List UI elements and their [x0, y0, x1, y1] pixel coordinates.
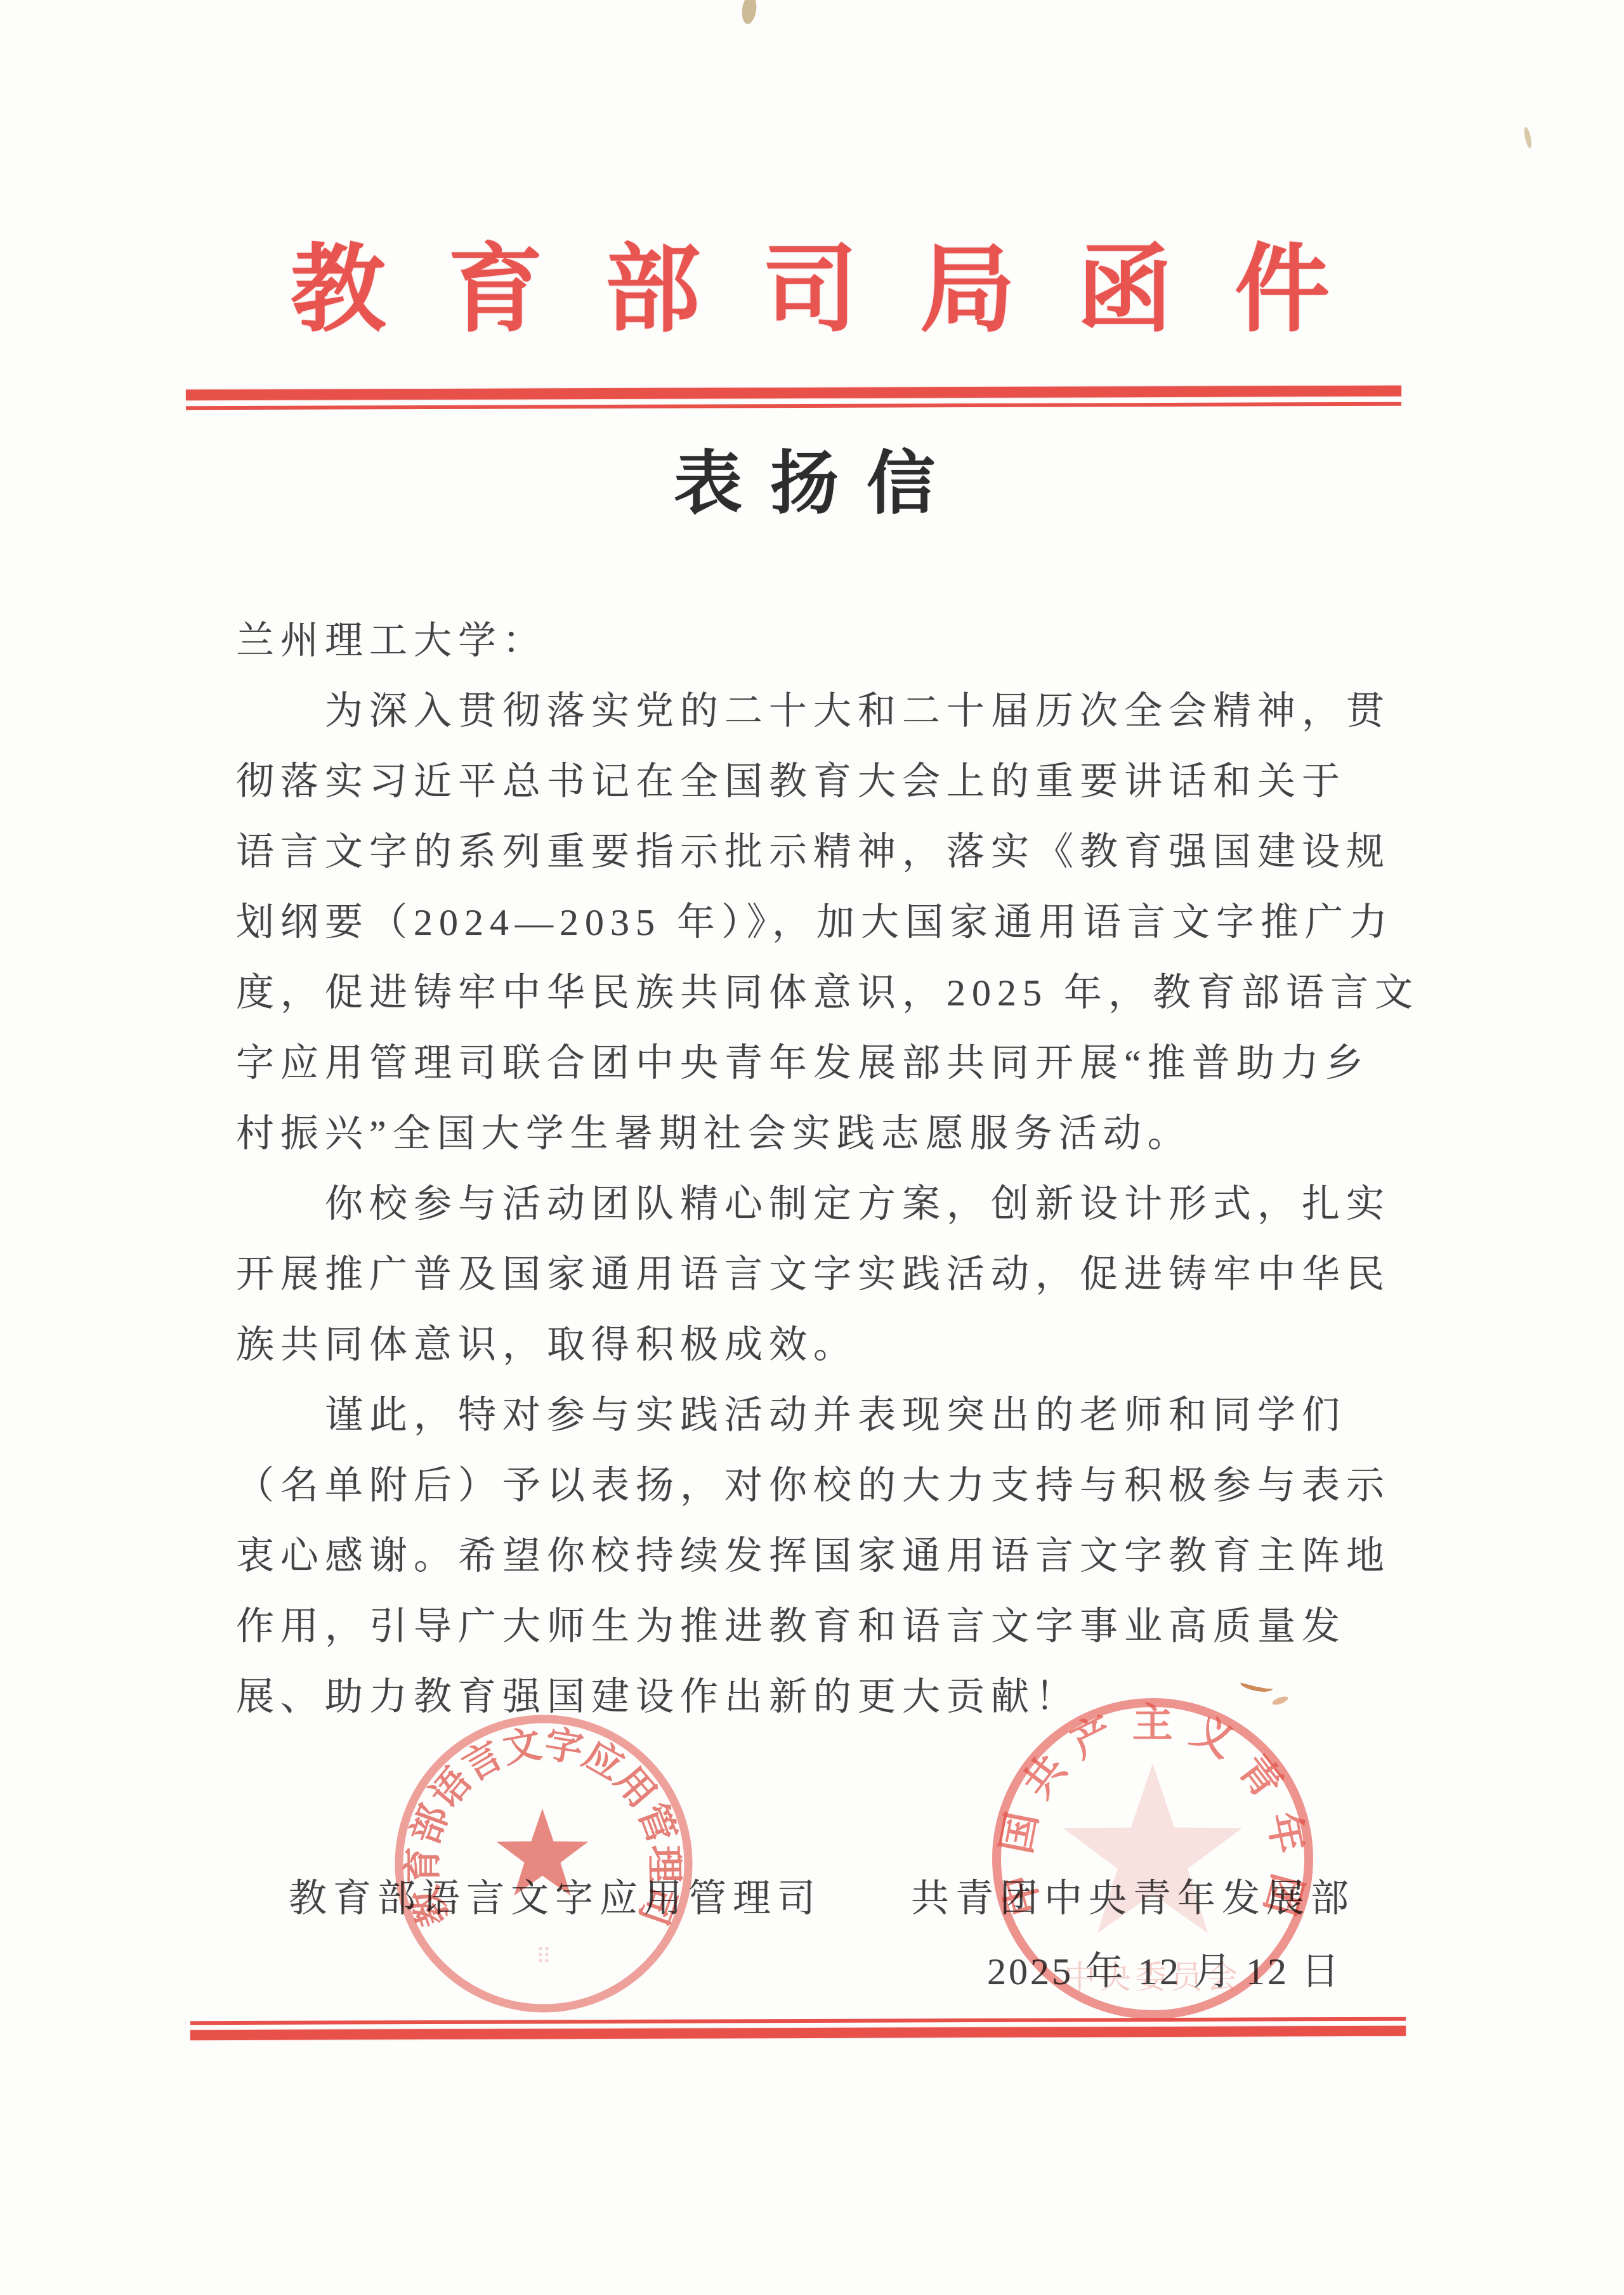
official-seal-left: 教育部语言文字应用管理司 ⠿ — [388, 1710, 699, 2021]
letter-title: 表扬信 — [674, 450, 963, 519]
body-line: 划纲要（2024—2035 年）》，加大国家通用语言文字推广力 — [236, 887, 1416, 958]
letterhead-title: 教育部司局函件 — [291, 243, 1392, 338]
body-line: 你校参与活动团队精心制定方案，创新设计形式，扎实 — [236, 1169, 1416, 1239]
body-line: 衷心感谢。希望你校持续发挥国家通用语言文字教育主阵地 — [236, 1521, 1416, 1592]
official-seal-right: 中国共产主义青年团 中央委员会 — [985, 1691, 1321, 2027]
body-line: 为深入贯彻落实党的二十大和二十届历次全会精神，贯 — [236, 676, 1416, 747]
body-line: 作用，引导广大师生为推进教育和语言文字事业高质量发 — [236, 1592, 1416, 1662]
header-rule-thick — [186, 386, 1401, 401]
salutation: 兰州理工大学： — [236, 606, 1416, 676]
footer-rule-thick — [190, 2026, 1406, 2041]
scan-artifact — [1523, 126, 1533, 148]
header-rule-thin — [186, 402, 1401, 410]
body-line: 彻落实习近平总书记在全国教育大会上的重要讲话和关于 — [236, 747, 1416, 817]
body-line: 字应用管理司联合团中央青年发展部共同开展“推普助力乡 — [236, 1028, 1416, 1099]
body-line: 村振兴”全国大学生暑期社会实践志愿服务活动。 — [236, 1099, 1416, 1169]
seal-inner-mark: ⠿ — [536, 1945, 552, 1969]
body-line: 度，促进铸牢中华民族共同体意识，2025 年，教育部语言文 — [236, 958, 1416, 1028]
star-icon — [1063, 1763, 1242, 1933]
body-line: 族共同体意识，取得积极成效。 — [236, 1310, 1416, 1380]
scanned-letter-page: 教育部司局函件 表扬信 兰州理工大学： 为深入贯彻落实党的二十大和二十届历次全会… — [0, 0, 1624, 2295]
seal-bottom-text: 中央委员会 — [1064, 1959, 1241, 1995]
body-line: 开展推广普及国家通用语言文字实践活动，促进铸牢中华民 — [236, 1239, 1416, 1310]
star-icon — [497, 1808, 589, 1896]
body-line: （名单附后）予以表扬，对你校的大力支持与积极参与表示 — [236, 1451, 1416, 1521]
body-line: 语言文字的系列重要指示批示精神，落实《教育强国建设规 — [236, 817, 1416, 887]
scan-artifact — [740, 0, 758, 25]
body-line: 谨此，特对参与实践活动并表现突出的老师和同学们 — [236, 1380, 1416, 1451]
letter-body: 兰州理工大学： 为深入贯彻落实党的二十大和二十届历次全会精神，贯 彻落实习近平总… — [236, 606, 1416, 1732]
